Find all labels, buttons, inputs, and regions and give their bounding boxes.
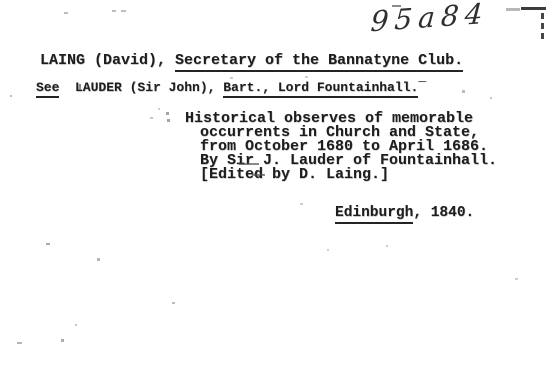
scan-smudge	[252, 174, 265, 176]
scan-smudge	[392, 5, 401, 7]
scan-smudge	[79, 84, 81, 89]
scan-speck	[112, 10, 116, 12]
scan-smudge	[239, 163, 259, 165]
scan-speck	[490, 97, 492, 99]
imprint-date: , 1840.	[413, 205, 474, 221]
scan-speck	[10, 95, 12, 97]
scan-speck	[64, 12, 68, 14]
imprint-line: Edinburgh, 1840.	[335, 205, 474, 221]
scan-speck	[327, 249, 329, 251]
scan-speck	[462, 90, 465, 93]
scan-corner-mark	[541, 13, 544, 40]
description-line: [Edited by D. Laing.]	[185, 168, 497, 182]
see-reference-line: See LAUDER (Sir John), Bart., Lord Fount…	[36, 80, 424, 95]
scan-speck	[515, 278, 518, 280]
scan-speck	[61, 339, 64, 342]
scan-speck	[17, 342, 22, 344]
scan-speck	[46, 243, 50, 245]
scan-speck	[121, 10, 126, 12]
description-block: Historical observes of memorable occurre…	[185, 112, 497, 182]
see-label: See	[36, 80, 59, 98]
scan-speck	[230, 77, 233, 79]
scan-speck	[97, 258, 100, 261]
scan-speck	[158, 108, 160, 110]
stray-dash-mark: ¯	[418, 80, 424, 95]
heading-title: Secretary of the Bannatyne Club.	[175, 52, 463, 72]
see-author: LAUDER (Sir John),	[59, 80, 223, 95]
scan-speck	[386, 245, 388, 247]
see-title: Bart., Lord Fountainhall.	[223, 80, 418, 98]
scan-speck	[167, 119, 170, 122]
scan-corner-mark	[521, 7, 546, 10]
heading-author: LAING (David),	[40, 52, 175, 69]
scan-corner-mark	[506, 8, 520, 11]
scan-speck	[150, 117, 153, 119]
heading-line: LAING (David), Secretary of the Bannatyn…	[40, 52, 463, 69]
catalog-card: 95a84 LAING (David), Secretary of the Ba…	[0, 0, 550, 374]
handwritten-number: 95a84	[370, 0, 490, 38]
scan-speck	[166, 112, 169, 115]
scan-speck	[75, 324, 77, 326]
imprint-place: Edinburgh	[335, 205, 413, 224]
scan-speck	[300, 203, 303, 205]
scan-speck	[305, 76, 308, 78]
scan-speck	[172, 302, 175, 304]
